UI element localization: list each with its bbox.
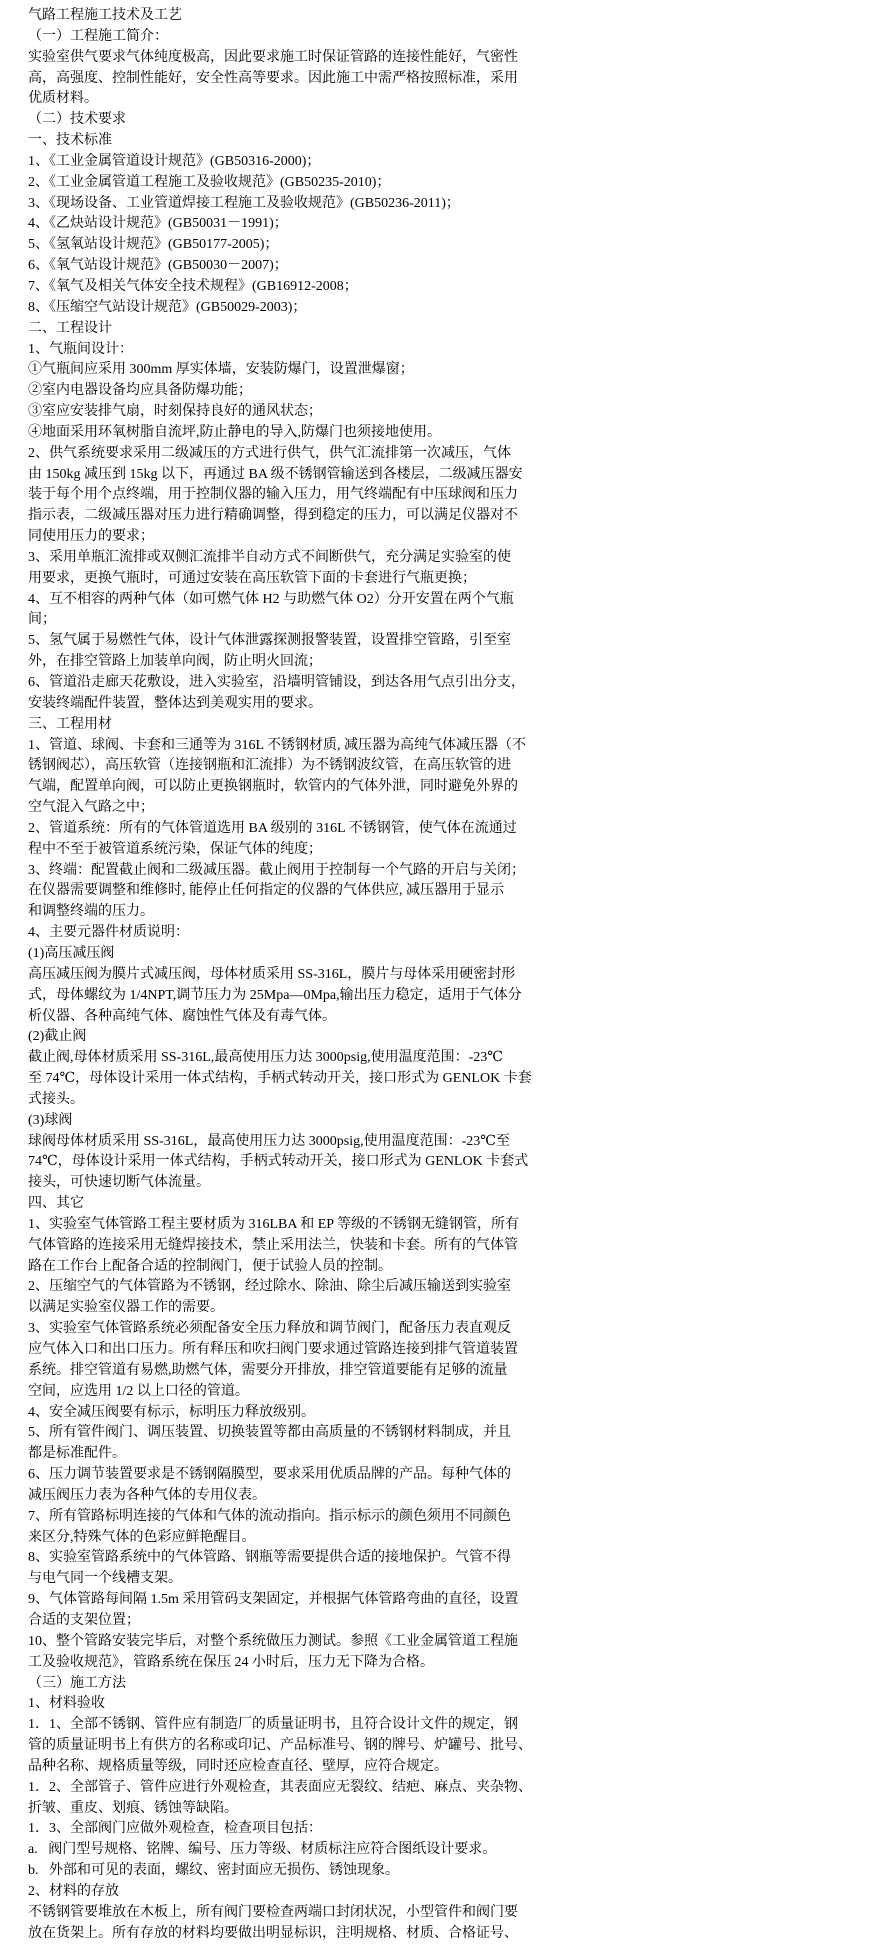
- text-line: 5、氢气属于易燃性气体，设计气体泄露探测报警装置，设置排空管路，引至室: [28, 631, 859, 652]
- text-line: 6、管道沿走廊天花敷设，进入实验室，沿墙明管铺设，到达各用气点引出分支，: [28, 673, 859, 694]
- text-line: 四、其它: [28, 1194, 859, 1215]
- text-line: 1、材料验收: [28, 1694, 859, 1715]
- text-line: （三）施工方法: [28, 1674, 859, 1695]
- text-line: 2、材料的存放: [28, 1882, 859, 1903]
- text-line: 一、技术标准: [28, 131, 859, 152]
- text-line: 实验室供气要求气体纯度极高，因此要求施工时保证管路的连接性能好，气密性: [28, 48, 859, 69]
- text-line: （一）工程施工简介：: [28, 27, 859, 48]
- text-line: 气路工程施工技术及工艺: [28, 6, 859, 27]
- text-line: 减压阀压力表为各种气体的专用仪表。: [28, 1486, 859, 1507]
- text-line: 品种名称、规格质量等级，同时还应检查直径、壁厚，应符合规定。: [28, 1757, 859, 1778]
- text-line: 折皱、重皮、划痕、锈蚀等缺陷。: [28, 1799, 859, 1820]
- text-line: 二、工程设计: [28, 319, 859, 340]
- text-line: a. 阀门型号规格、铭牌、编号、压力等级、材质标注应符合图纸设计要求。: [28, 1840, 859, 1861]
- text-line: 1．3、全部阀门应做外观检查，检查项目包括：: [28, 1819, 859, 1840]
- text-line: 3、终端：配置截止阀和二级减压器。截止阀用于控制每一个气路的开启与关闭；: [28, 861, 859, 882]
- text-line: 和调整终端的压力。: [28, 902, 859, 923]
- text-line: 8、实验室管路系统中的气体管路、钢瓶等需要提供合适的接地保护。气管不得: [28, 1548, 859, 1569]
- text-line: 3、实验室气体管路系统必须配备安全压力释放和调节阀门，配备压力表直观反: [28, 1319, 859, 1340]
- text-line: 安装终端配件装置，整体达到美观实用的要求。: [28, 694, 859, 715]
- text-line: 式，母体螺纹为 1/4NPT,调节压力为 25Mpa—0Mpa,输出压力稳定，适…: [28, 986, 859, 1007]
- text-line: (2)截止阀: [28, 1027, 859, 1048]
- text-line: 2、《工业金属管道工程施工及验收规范》(GB50235-2010)；: [28, 173, 859, 194]
- text-line: 4、安全减压阀要有标示，标明压力释放级别。: [28, 1403, 859, 1424]
- text-line: （二）技术要求: [28, 110, 859, 131]
- text-line: 4、主要元器件材质说明：: [28, 923, 859, 944]
- text-line: 三、工程用材: [28, 715, 859, 736]
- text-line: 1、管道、球阀、卡套和三通等为 316L 不锈钢材质, 减压器为高纯气体减压器（…: [28, 736, 859, 757]
- text-line: 气端，配置单向阀，可以防止更换钢瓶时，软管内的气体外泄，同时避免外界的: [28, 777, 859, 798]
- text-line: 用要求，更换气瓶时，可通过安装在高压软管下面的卡套进行气瓶更换；: [28, 569, 859, 590]
- text-line: 球阀母体材质采用 SS-316L，最高使用压力达 3000psig,使用温度范围…: [28, 1132, 859, 1153]
- text-line: 3、《现场设备、工业管道焊接工程施工及验收规范》(GB50236-2011)；: [28, 194, 859, 215]
- text-line: 7、所有管路标明连接的气体和气体的流动指向。指示标示的颜色须用不同颜色: [28, 1507, 859, 1528]
- text-line: 合适的支架位置；: [28, 1611, 859, 1632]
- document-page: 气路工程施工技术及工艺（一）工程施工简介：实验室供气要求气体纯度极高，因此要求施…: [0, 0, 869, 1953]
- text-line: 放在货架上。所有存放的材料均要做出明显标识，注明规格、材质、合格证号、: [28, 1924, 859, 1945]
- text-line: 高压减压阀为膜片式减压阀，母体材质采用 SS-316L，膜片与母体采用硬密封形: [28, 965, 859, 986]
- text-line: 接头，可快速切断气体流量。: [28, 1173, 859, 1194]
- text-line: 74℃，母体设计采用一体式结构，手柄式转动开关，接口形式为 GENLOK 卡套式: [28, 1152, 859, 1173]
- text-line: 不锈钢管要堆放在木板上，所有阀门要检查两端口封闭状况，小型管件和阀门要: [28, 1903, 859, 1924]
- text-line: 同使用压力的要求；: [28, 527, 859, 548]
- text-line: 高，高强度、控制性能好，安全性高等要求。因此施工中需严格按照标准，采用: [28, 69, 859, 90]
- text-line: 至 74℃，母体设计采用一体式结构，手柄式转动开关，接口形式为 GENLOK 卡…: [28, 1069, 859, 1090]
- text-line: ④地面采用环氧树脂自流坪,防止静电的导入,防爆门也须接地使用。: [28, 423, 859, 444]
- text-line: 3、采用单瓶汇流排或双侧汇流排半自动方式不间断供气，充分满足实验室的使: [28, 548, 859, 569]
- text-line: (1)高压减压阀: [28, 944, 859, 965]
- text-line: 1．2、全部管子、管件应进行外观检查，其表面应无裂纹、结疤、麻点、夹杂物、: [28, 1778, 859, 1799]
- text-line: 10、整个管路安装完毕后，对整个系统做压力测试。参照《工业金属管道工程施: [28, 1632, 859, 1653]
- text-line: 2、管道系统：所有的气体管道选用 BA 级别的 316L 不锈钢管，使气体在流通…: [28, 819, 859, 840]
- text-line: 4、互不相容的两种气体（如可燃气体 H2 与助燃气体 O2）分开安置在两个气瓶: [28, 590, 859, 611]
- text-line: 间；: [28, 610, 859, 631]
- text-line: 路在工作台上配备合适的控制阀门，便于试验人员的控制。: [28, 1257, 859, 1278]
- text-line: 工及验收规范》，管路系统在保压 24 小时后，压力无下降为合格。: [28, 1653, 859, 1674]
- text-line: 外，在排空管路上加装单向阀，防止明火回流；: [28, 652, 859, 673]
- text-line: 5、所有管件阀门、调压装置、切换装置等都由高质量的不锈钢材料制成，并且: [28, 1423, 859, 1444]
- text-line: 1、《工业金属管道设计规范》(GB50316-2000)；: [28, 152, 859, 173]
- text-line: ②室内电器设备均应具备防爆功能；: [28, 381, 859, 402]
- text-line: 2、供气系统要求采用二级减压的方式进行供气，供气汇流排第一次减压，气体: [28, 444, 859, 465]
- text-line: 截止阀,母体材质采用 SS-316L,最高使用压力达 3000psig,使用温度…: [28, 1048, 859, 1069]
- text-line: 都是标准配件。: [28, 1444, 859, 1465]
- text-line: (3)球阀: [28, 1111, 859, 1132]
- text-line: 空气混入气路之中；: [28, 798, 859, 819]
- text-line: 装于每个用个点终端，用于控制仪器的输入压力，用气终端配有中压球阀和压力: [28, 485, 859, 506]
- text-line: 管的质量证明书上有供方的名称或印记、产品标准号、钢的牌号、炉罐号、批号、: [28, 1736, 859, 1757]
- text-line: 9、气体管路每间隔 1.5m 采用管码支架固定，并根据气体管路弯曲的直径，设置: [28, 1590, 859, 1611]
- text-line: 6、《氧气站设计规范》(GB50030－2007)；: [28, 256, 859, 277]
- text-line: 1．1、全部不锈钢、管件应有制造厂的质量证明书，且符合设计文件的规定，钢: [28, 1715, 859, 1736]
- text-line: 优质材料。: [28, 89, 859, 110]
- text-line: 式接头。: [28, 1090, 859, 1111]
- text-line: 1、实验室气体管路工程主要材质为 316LBA 和 EP 等级的不锈钢无缝钢管，…: [28, 1215, 859, 1236]
- text-line: 8、《压缩空气站设计规范》(GB50029-2003)；: [28, 298, 859, 319]
- text-line: 与电气同一个线槽支架。: [28, 1569, 859, 1590]
- text-line: 在仪器需要调整和维修时, 能停止任何指定的仪器的气体供应, 减压器用于显示: [28, 881, 859, 902]
- text-line: 应气体入口和出口压力。所有释压和吹扫阀门要求通过管路连接到排气管道装置: [28, 1340, 859, 1361]
- text-line: 1、气瓶间设计：: [28, 340, 859, 361]
- text-line: 气体管路的连接采用无缝焊接技术，禁止采用法兰，快装和卡套。所有的气体管: [28, 1236, 859, 1257]
- text-line: 5、《氢氧站设计规范》(GB50177-2005)；: [28, 235, 859, 256]
- text-line: b. 外部和可见的表面，螺纹、密封面应无损伤、锈蚀现象。: [28, 1861, 859, 1882]
- text-line: 析仪器、各种高纯气体、腐蚀性气体及有毒气体。: [28, 1007, 859, 1028]
- text-line: 由 150kg 减压到 15kg 以下，再通过 BA 级不锈钢管输送到各楼层，二…: [28, 465, 859, 486]
- text-line: 4、《乙炔站设计规范》(GB50031－1991)；: [28, 214, 859, 235]
- text-line: 6、压力调节装置要求是不锈钢隔膜型，要求采用优质品牌的产品。每种气体的: [28, 1465, 859, 1486]
- text-line: 锈钢阀芯），高压软管（连接钢瓶和汇流排）为不锈钢波纹管，在高压软管的进: [28, 756, 859, 777]
- text-line: 系统。排空管道有易燃,助燃气体，需要分开排放，排空管道要能有足够的流量: [28, 1361, 859, 1382]
- text-line: 指示表，二级减压器对压力进行精确调整，得到稳定的压力，可以满足仪器对不: [28, 506, 859, 527]
- text-line: ①气瓶间应采用 300mm 厚实体墙，安装防爆门，设置泄爆窗；: [28, 360, 859, 381]
- text-line: 空间，应选用 1/2 以上口径的管道。: [28, 1382, 859, 1403]
- text-line: ③室应安装排气扇，时刻保持良好的通风状态；: [28, 402, 859, 423]
- text-line: 来区分,特殊气体的色彩应鲜艳醒目。: [28, 1528, 859, 1549]
- document-body: 气路工程施工技术及工艺（一）工程施工简介：实验室供气要求气体纯度极高，因此要求施…: [0, 0, 869, 1944]
- text-line: 7、《氧气及相关气体安全技术规程》(GB16912-2008；: [28, 277, 859, 298]
- text-line: 2、压缩空气的气体管路为不锈钢，经过除水、除油、除尘后减压输送到实验室: [28, 1277, 859, 1298]
- text-line: 程中不至于被管道系统污染，保证气体的纯度；: [28, 840, 859, 861]
- text-line: 以满足实验室仪器工作的需要。: [28, 1298, 859, 1319]
